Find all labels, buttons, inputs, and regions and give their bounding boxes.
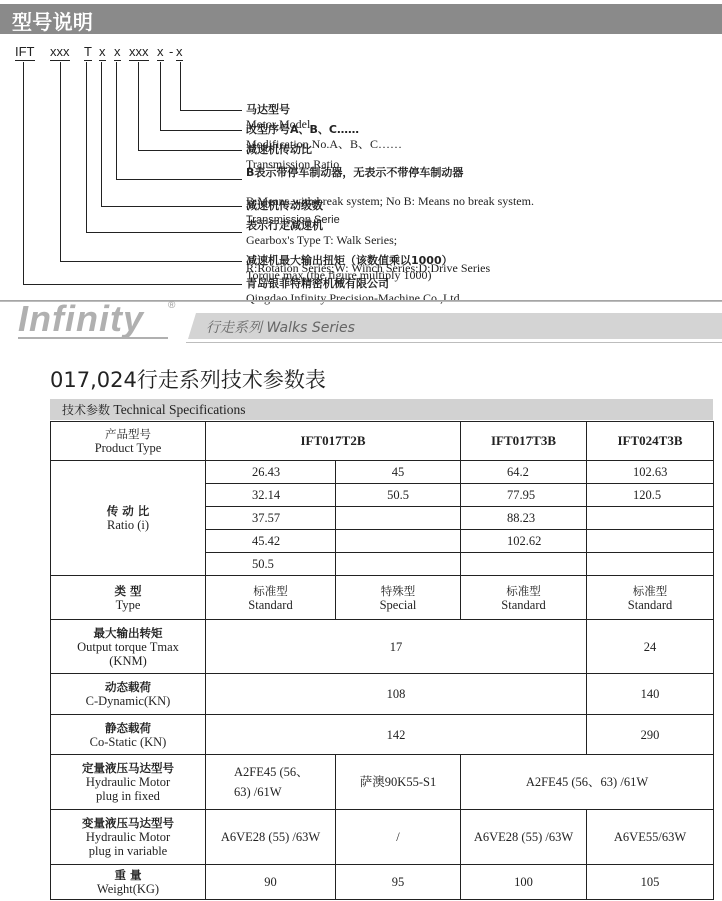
ratio-cell: 45.42 — [206, 530, 336, 553]
table-row-variable-motor: 变量液压马达型号Hydraulic Motorplug in variable … — [51, 810, 714, 865]
weight-cell: 95 — [336, 865, 461, 900]
variable-motor-cell: / — [336, 810, 461, 865]
logo-underline — [18, 337, 168, 339]
type-cell: 标准型Standard — [587, 576, 714, 620]
spec-table: 产品型号Product Type IFT017T2B IFT017T3B IFT… — [50, 421, 714, 900]
dynamic-024: 140 — [587, 674, 714, 715]
page-title: 017,024行走系列技术参数表 — [50, 364, 326, 394]
ratio-cell — [587, 507, 714, 530]
ratio-cell — [336, 553, 461, 576]
code-part-motor: x — [176, 44, 183, 61]
fixed-motor-t2b-std: A2FE45 (56、63) /61W — [206, 755, 336, 810]
ratio-cell: 50.5 — [206, 553, 336, 576]
weight-cell: 90 — [206, 865, 336, 900]
code-part-modification: x — [157, 44, 164, 61]
row-label: 动态载荷C-Dynamic(KN) — [51, 674, 206, 715]
row-label: 最大输出转矩Output torque Tmax(KNM) — [51, 620, 206, 674]
type-cell: 标准型Standard — [206, 576, 336, 620]
table-row-dynamic: 动态载荷C-Dynamic(KN) 108 140 — [51, 674, 714, 715]
infinity-logo: Infinity — [18, 298, 144, 340]
row-label: 静态载荷Co-Static (KN) — [51, 715, 206, 755]
table-row-output-torque: 最大输出转矩Output torque Tmax(KNM) 17 24 — [51, 620, 714, 674]
ratio-cell — [461, 553, 587, 576]
header-title-cn: 型号说明 — [12, 10, 93, 34]
code-dash: - — [169, 44, 173, 60]
ratio-cell: 26.43 — [206, 461, 336, 484]
table-row-fixed-motor: 定量液压马达型号Hydraulic Motorplug in fixed A2F… — [51, 755, 714, 810]
row-label: 变量液压马达型号Hydraulic Motorplug in variable — [51, 810, 206, 865]
spec-header: 技术参数 Technical Specifications — [50, 399, 713, 420]
code-part-brake: x — [114, 44, 121, 61]
table-row-type: 类 型Type 标准型Standard 特殊型Special 标准型Standa… — [51, 576, 714, 620]
row-label: 定量液压马达型号Hydraulic Motorplug in fixed — [51, 755, 206, 810]
fixed-motor-t2b-special: 萨澳90K55-S1 — [336, 755, 461, 810]
code-part-torque: xxx — [50, 44, 70, 61]
registered-mark: ® — [168, 300, 175, 311]
dynamic-017: 108 — [206, 674, 587, 715]
weight-cell: 105 — [587, 865, 714, 900]
code-part-type: T — [84, 44, 92, 61]
row-label: 产品型号Product Type — [51, 422, 206, 461]
fixed-motor-t3b: A2FE45 (56、63) /61W — [461, 755, 714, 810]
ratio-cell — [587, 553, 714, 576]
explanation-header: 型号说明Explanation for Model — [0, 4, 722, 34]
ratio-cell: 77.95 — [461, 484, 587, 507]
model-ift017t3b: IFT017T3B — [461, 422, 587, 461]
ratio-cell: 32.14 — [206, 484, 336, 507]
type-cell: 标准型Standard — [461, 576, 587, 620]
ratio-cell: 50.5 — [336, 484, 461, 507]
series-label: 行走系列 Walks Series — [206, 317, 355, 337]
ratio-cell — [587, 530, 714, 553]
code-part-ift: IFT — [15, 44, 35, 61]
row-label: 类 型Type — [51, 576, 206, 620]
torque-017: 17 — [206, 620, 587, 674]
model-ift024t3b: IFT024T3B — [587, 422, 714, 461]
table-row-static: 静态载荷Co-Static (KN) 142 290 — [51, 715, 714, 755]
variable-motor-cell: A6VE55/63W — [587, 810, 714, 865]
ratio-cell: 102.62 — [461, 530, 587, 553]
code-part-stage: x — [99, 44, 106, 61]
ratio-cell — [336, 530, 461, 553]
divider — [186, 342, 722, 343]
row-label: 重 量Weight(KG) — [51, 865, 206, 900]
static-017: 142 — [206, 715, 587, 755]
ratio-cell — [336, 507, 461, 530]
table-row-weight: 重 量Weight(KG) 90 95 100 105 — [51, 865, 714, 900]
table-row-ratio: 传 动 比Ratio (i) 26.43 45 64.2 102.63 — [51, 461, 714, 484]
series-band: 行走系列 Walks Series — [188, 313, 722, 339]
model-ift017t2b: IFT017T2B — [206, 422, 461, 461]
table-row-product-type: 产品型号Product Type IFT017T2B IFT017T3B IFT… — [51, 422, 714, 461]
ratio-cell: 64.2 — [461, 461, 587, 484]
ratio-cell: 88.23 — [461, 507, 587, 530]
ratio-cell: 120.5 — [587, 484, 714, 507]
code-part-ratio: xxx — [129, 44, 149, 61]
torque-024: 24 — [587, 620, 714, 674]
static-024: 290 — [587, 715, 714, 755]
variable-motor-cell: A6VE28 (55) /63W — [461, 810, 587, 865]
ratio-cell: 45 — [336, 461, 461, 484]
weight-cell: 100 — [461, 865, 587, 900]
ratio-cell: 102.63 — [587, 461, 714, 484]
variable-motor-cell: A6VE28 (55) /63W — [206, 810, 336, 865]
ratio-cell: 37.57 — [206, 507, 336, 530]
row-label: 传 动 比Ratio (i) — [51, 461, 206, 576]
type-cell: 特殊型Special — [336, 576, 461, 620]
